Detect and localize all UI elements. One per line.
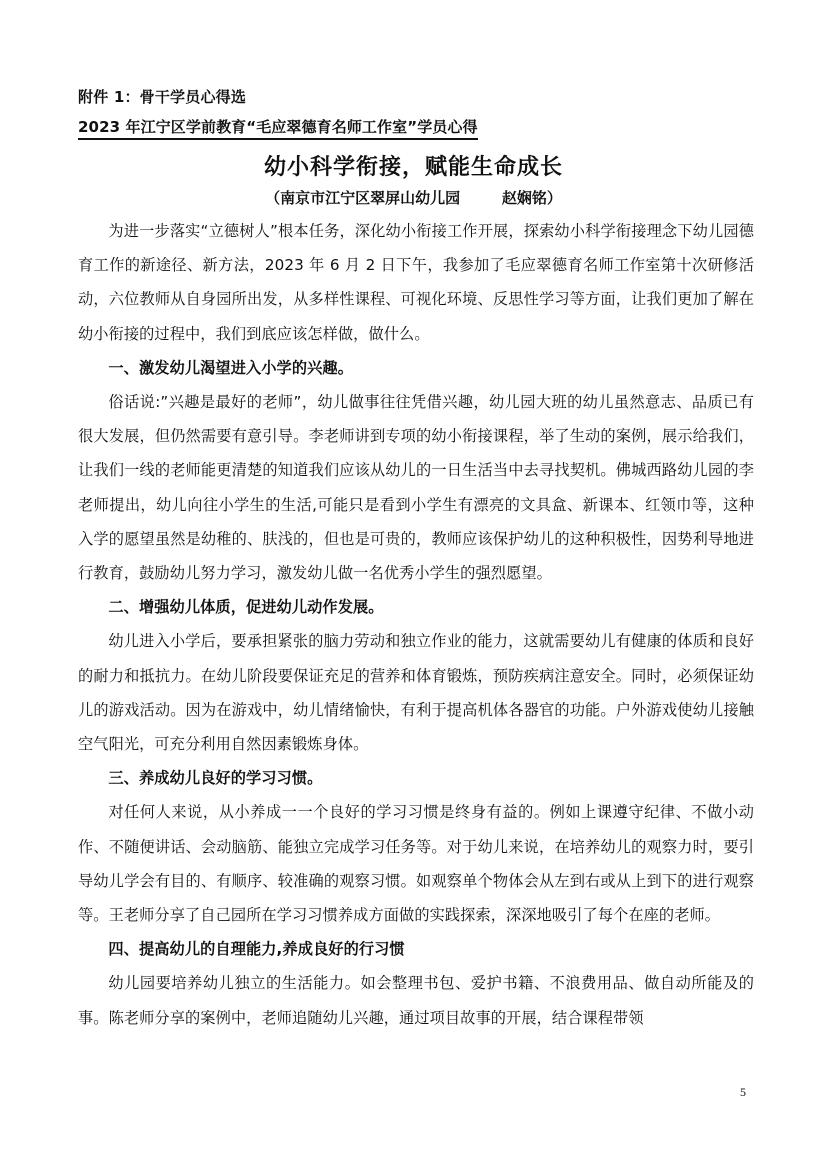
section-paragraph-3: 对任何人来说，从小养成一一个良好的学习习惯是终身有益的。例如上课遵守纪律、不做小… (78, 795, 754, 932)
intro-paragraph: 为进一步落实“立德树人”根本任务，深化幼小衔接工作开展，探索幼小科学衔接理念下幼… (78, 214, 754, 351)
section-heading-1: 一、激发幼儿渴望进入小学的兴趣。 (78, 351, 754, 385)
section-heading-2: 二、增强幼儿体质，促进幼儿动作发展。 (78, 590, 754, 624)
page-number: 5 (740, 1085, 746, 1100)
article-title: 幼小科学衔接，赋能生命成长 (0, 150, 827, 181)
section-heading-3: 三、养成幼儿良好的学习习惯。 (78, 761, 754, 795)
section-paragraph-1: 俗话说:”兴趣是最好的老师”，幼儿做事往往凭借兴趣，幼儿园大班的幼儿虽然意志、品… (78, 385, 754, 590)
series-title: 2023 年江宁区学前教育“毛应翠德育名师工作室”学员心得 (78, 116, 478, 140)
attachment-label: 附件 1：骨干学员心得选 (78, 86, 246, 107)
author-line: （南京市江宁区翠屏山幼儿园 赵娴铭） (0, 187, 827, 208)
article-body: 为进一步落实“立德树人”根本任务，深化幼小衔接工作开展，探索幼小科学衔接理念下幼… (78, 214, 754, 1035)
section-paragraph-2: 幼儿进入小学后，要承担紧张的脑力劳动和独立作业的能力，这就需要幼儿有健康的体质和… (78, 624, 754, 761)
section-paragraph-4: 幼儿园要培养幼儿独立的生活能力。如会整理书包、爱护书籍、不浪费用品、做自动所能及… (78, 966, 754, 1034)
document-page: 附件 1：骨干学员心得选 2023 年江宁区学前教育“毛应翠德育名师工作室”学员… (0, 0, 827, 1170)
section-heading-4: 四、提高幼儿的自理能力,养成良好的行习惯 (78, 932, 754, 966)
